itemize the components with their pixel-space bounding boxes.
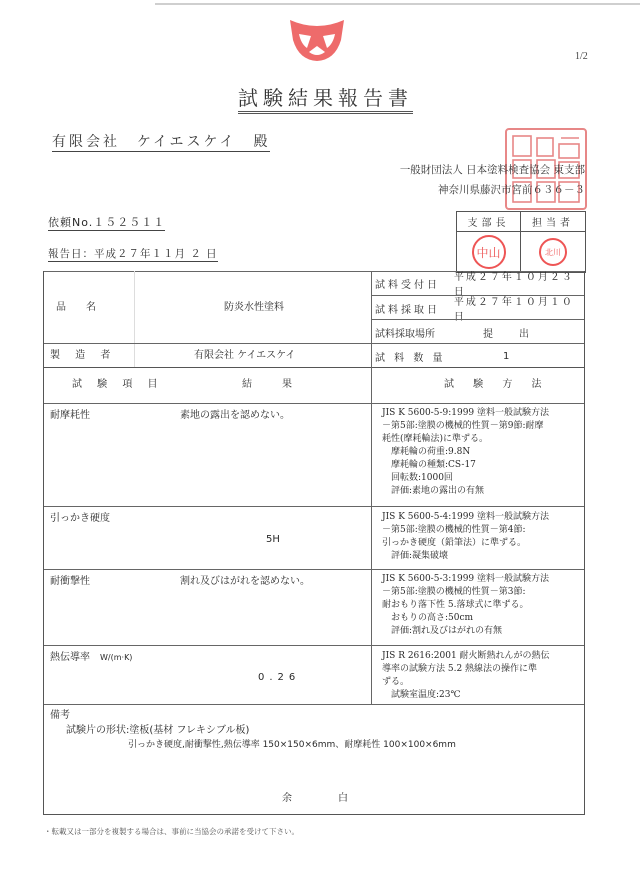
test-item-impact: 耐衝撃性 <box>50 575 90 588</box>
manager-stamp-cell: 中山 <box>457 232 521 272</box>
test-method-abrasion: JIS K 5600-5-9:1999 塗料一般試験方法 －第5部:塗膜の機械的… <box>382 407 549 498</box>
header-result: 結 果 <box>242 378 292 391</box>
test-item-abrasion: 耐摩耗性 <box>50 409 90 422</box>
sample-qty-label: 試 料 数 量 <box>371 349 455 364</box>
scan-edge-line <box>155 3 640 5</box>
test-item-thermal-unit: W/(m·K) <box>100 653 132 662</box>
report-date: 報告日：平成２７年１１月 ２ 日 <box>48 247 218 262</box>
remarks-label: 備考 <box>50 709 70 722</box>
remarks-line-2: 引っかき硬度,耐衝撃性,熱伝導率 150×150×6mm、耐摩耗性 100×10… <box>128 739 456 752</box>
organization-logo-icon <box>287 16 347 62</box>
product-name-value: 防炎水性塗料 <box>224 301 284 314</box>
sample-taken-label: 試料採取日 <box>371 301 454 316</box>
header-test-item: 試 験 項 目 <box>72 378 164 391</box>
test-result-abrasion: 素地の露出を認めない。 <box>180 409 290 422</box>
sample-place-label: 試料採取場所 <box>371 325 455 340</box>
test-item-scratch-hardness: 引っかき硬度 <box>50 512 110 525</box>
maker-value: 有限会社 ケイエスケイ <box>194 349 295 362</box>
page-title: 試験結果報告書 <box>238 86 413 114</box>
sample-place-value: 提 出 <box>455 325 531 340</box>
page-number: 1/2 <box>575 51 588 62</box>
approval-header-manager: 支部長 <box>457 212 521 232</box>
sample-qty-value: 1 <box>455 351 511 362</box>
test-item-thermal-label: 熱伝導率 <box>50 652 90 663</box>
test-method-thermal: JIS R 2616:2001 耐火断熱れんがの熱伝 導率の試験方法 5.2 熱… <box>382 650 550 702</box>
remarks-line-1: 試験片の形状:塗板(基材 フレキシブル板) <box>66 724 249 737</box>
issuer-address: 神奈川県藤沢市宮前６３６－３ <box>400 180 585 200</box>
request-number: 依頼No.１５２５１１ <box>48 216 165 231</box>
manager-stamp-icon: 中山 <box>472 235 506 269</box>
remarks-blank: 余 白 <box>282 792 352 805</box>
header-method: 試 験 方 法 <box>444 378 550 391</box>
test-result-impact: 割れ及びはがれを認めない。 <box>180 575 310 588</box>
product-name-label: 品 名 <box>56 301 96 314</box>
test-item-thermal: 熱伝導率 W/(m·K) <box>50 651 132 664</box>
footer-note: ・転載又は一部分を複製する場合は、事前に当協会の承諾を受けて下さい。 <box>44 826 299 837</box>
approval-header-staff: 担当者 <box>521 212 585 232</box>
test-method-scratch-hardness: JIS K 5600-5-4:1999 塗料一般試験方法 －第5部:塗膜の機械的… <box>382 511 549 563</box>
staff-stamp-icon: 北川 <box>539 238 567 266</box>
recipient: 有限会社 ケイエスケイ 殿 <box>52 133 270 152</box>
test-result-scratch-hardness: 5H <box>266 533 280 546</box>
test-result-thermal: 0.26 <box>258 671 300 684</box>
approval-box: 支部長 担当者 中山 北川 <box>456 211 586 273</box>
maker-label: 製 造 者 <box>50 349 116 362</box>
sample-received-label: 試料受付日 <box>371 276 454 291</box>
issuer-block: 一般財団法人 日本塗料検査協会 東支部 神奈川県藤沢市宮前６３６－３ <box>400 160 585 200</box>
staff-stamp-cell: 北川 <box>521 232 585 272</box>
results-table: 品 名 防炎水性塗料 製 造 者 有限会社 ケイエスケイ 試料受付日 平成２７年… <box>43 271 585 815</box>
test-method-impact: JIS K 5600-5-3:1999 塗料一般試験方法 －第5部:塗膜の機械的… <box>382 573 549 638</box>
issuer-org: 一般財団法人 日本塗料検査協会 東支部 <box>400 160 585 180</box>
